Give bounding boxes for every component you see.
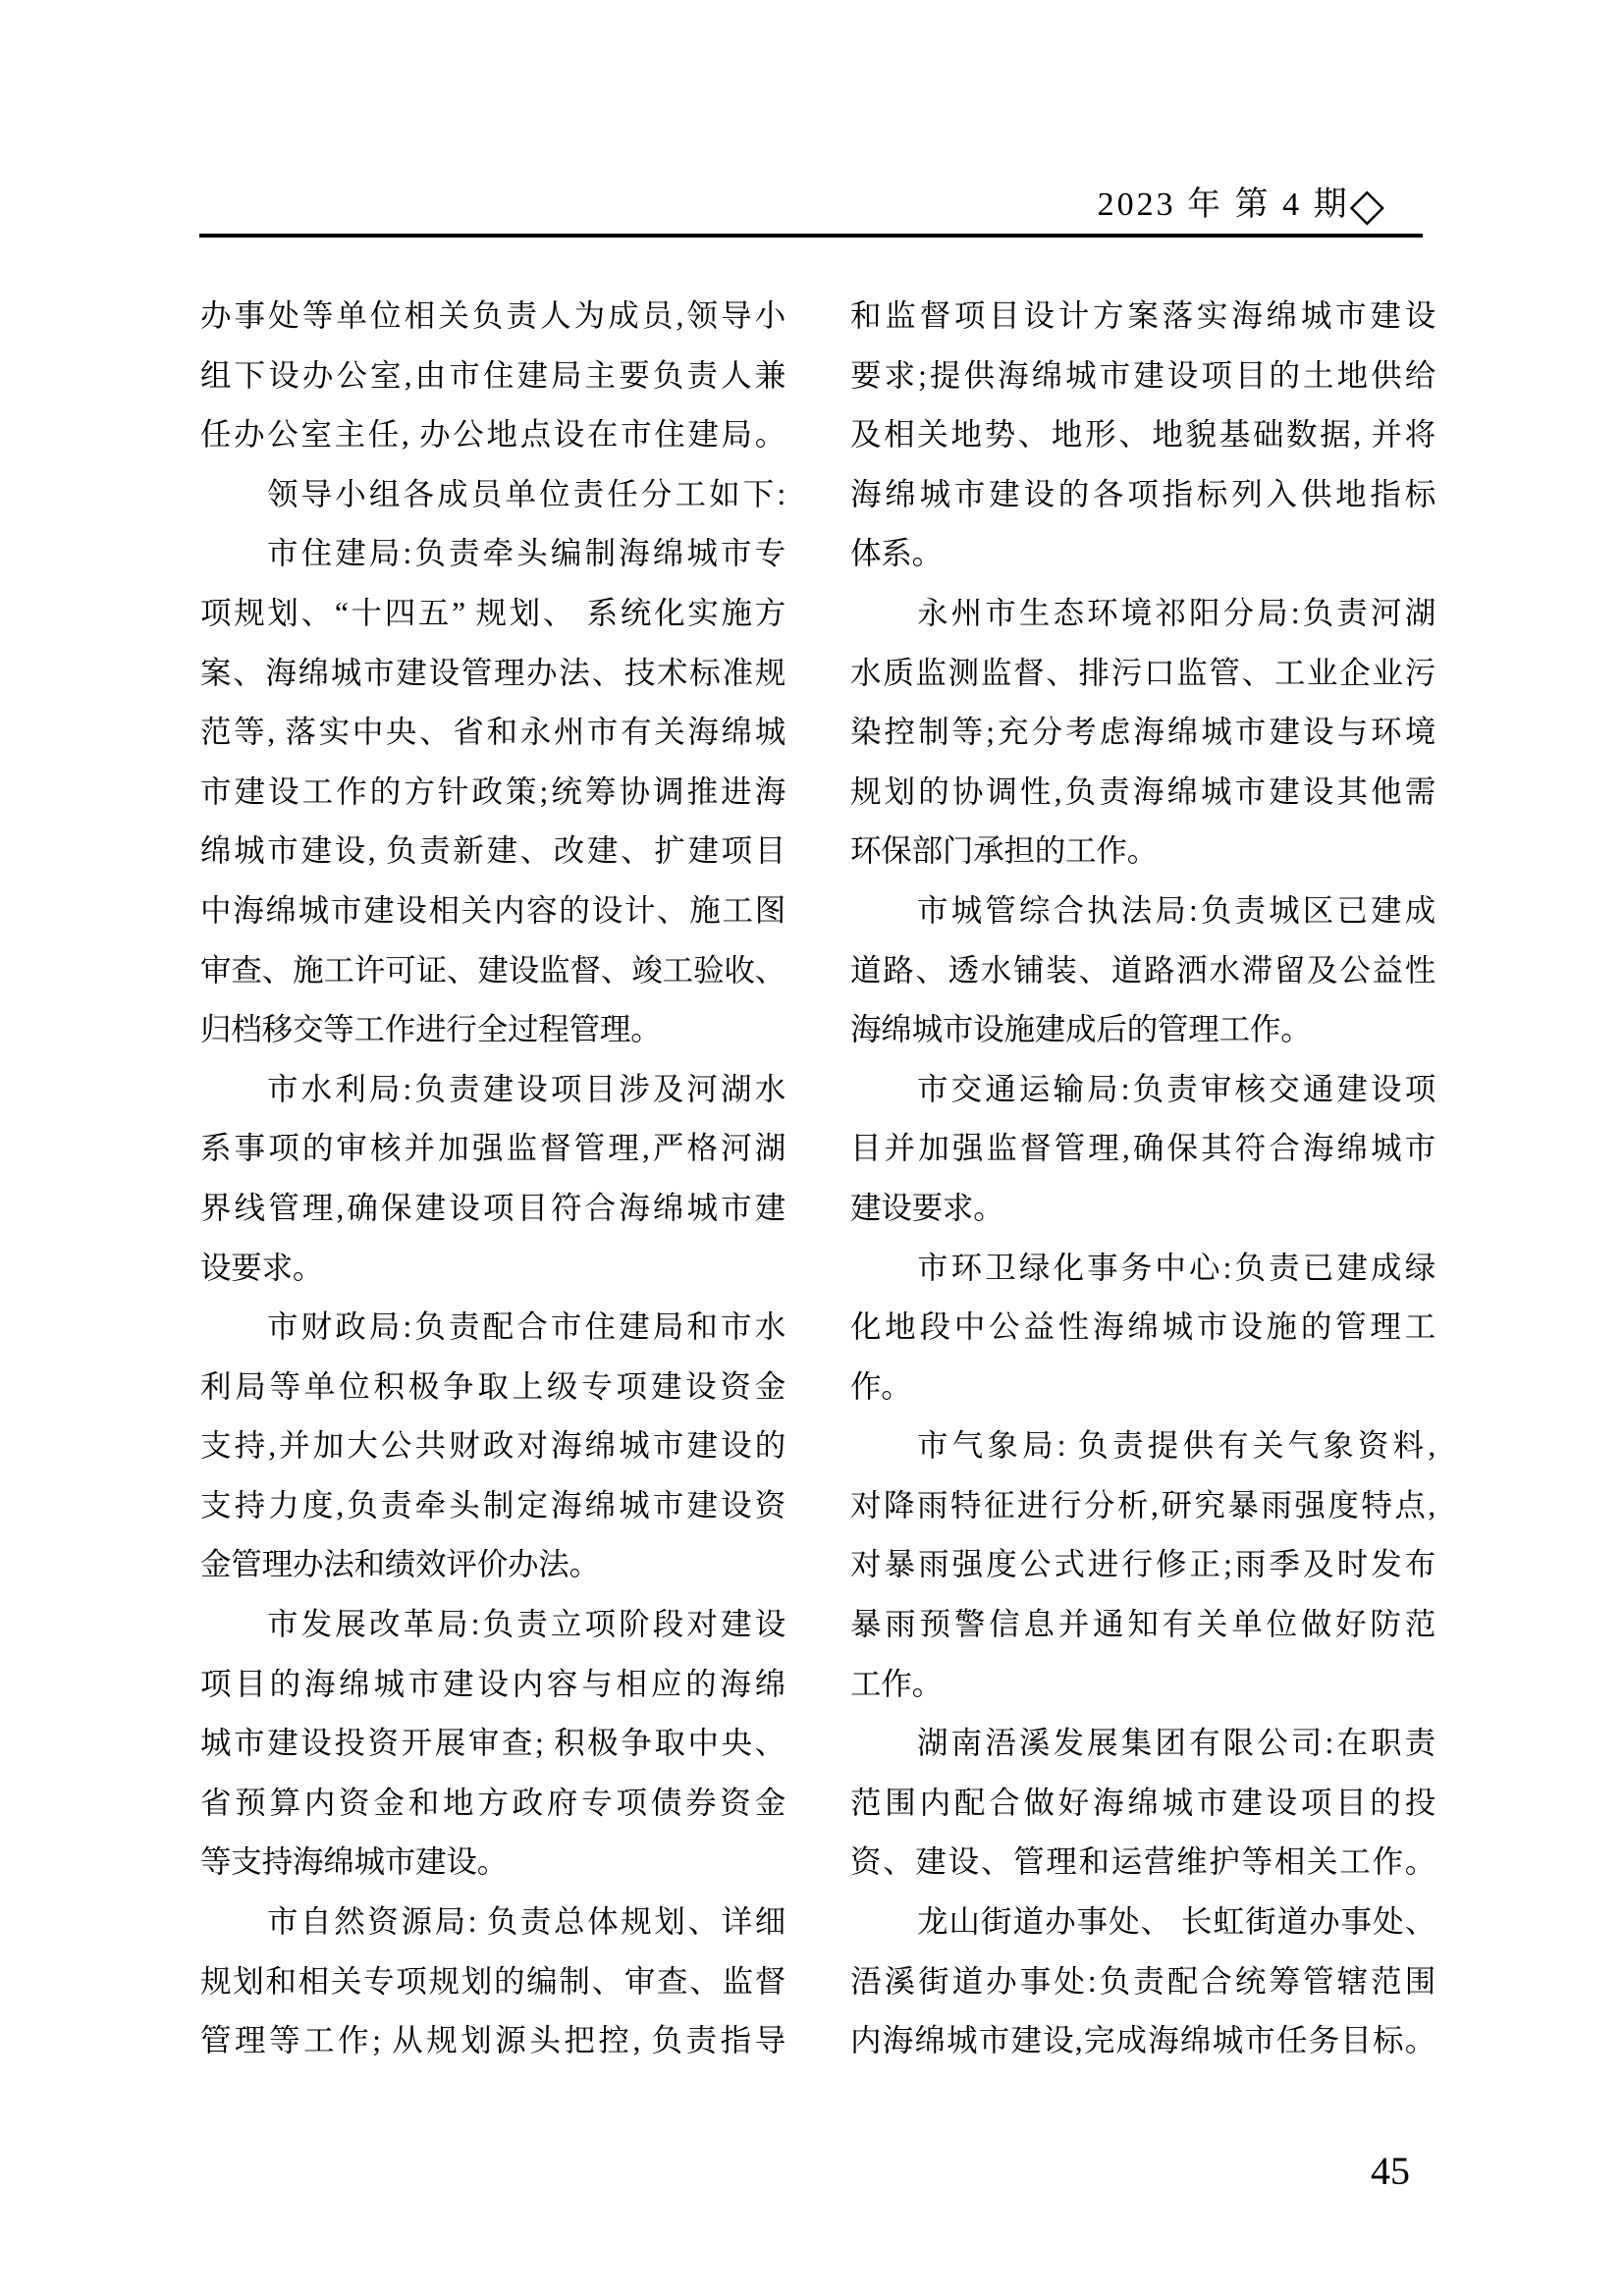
text-line: 规划的协调性,负责海绵城市建设其他需 (850, 763, 1435, 823)
text-line: 支持力度,负责牵头制定海绵城市建设资 (200, 1476, 785, 1536)
text-column-left: 办事处等单位相关负责人为成员,领导小组下设办公室,由市住建局主要负责人兼任办公室… (200, 287, 785, 2071)
text-line: 绵城市建设, 负责新建、改建、扩建项目 (200, 822, 785, 881)
issue-label: 2023 年 第 4 期 (1098, 187, 1350, 223)
text-line: 浯溪街道办事处:负责配合统筹管辖范围 (850, 1952, 1435, 2012)
text-line: 市发展改革局:负责立项阶段对建设 (200, 1595, 785, 1655)
text-line: 染控制等;充分考虑海绵城市建设与环境 (850, 703, 1435, 763)
text-line: 永州市生态环境祁阳分局:负责河湖 (850, 584, 1435, 644)
page-header: 2023 年 第 4 期◇ (0, 181, 1384, 230)
text-line: 湖南浯溪发展集团有限公司:在职责 (850, 1714, 1435, 1774)
text-line: 对暴雨强度公式进行修正;雨季及时发布 (850, 1535, 1435, 1595)
text-line: 市气象局: 负责提供有关气象资料, (850, 1416, 1435, 1476)
diamond-icon: ◇ (1350, 180, 1384, 230)
text-line: 资、建设、管理和运营维护等相关工作。 (850, 1833, 1435, 1893)
text-line: 道路、透水铺装、道路洒水滞留及公益性 (850, 941, 1435, 1001)
text-line: 范等, 落实中央、省和永州市有关海绵城 (200, 703, 785, 763)
text-line: 环保部门承担的工作。 (850, 822, 1435, 881)
text-line: 范围内配合做好海绵城市建设项目的投 (850, 1774, 1435, 1834)
text-line: 和监督项目设计方案落实海绵城市建设 (850, 287, 1435, 347)
text-line: 海绵城市建设的各项指标列入供地指标 (850, 465, 1435, 525)
text-line: 组下设办公室,由市住建局主要负责人兼 (200, 347, 785, 406)
text-line: 水质监测监督、排污口监管、工业企业污 (850, 644, 1435, 704)
text-line: 市住建局:负责牵头编制海绵城市专 (200, 524, 785, 584)
text-line: 海绵城市设施建成后的管理工作。 (850, 1000, 1435, 1060)
text-line: 建设要求。 (850, 1179, 1435, 1239)
text-line: 市建设工作的方针政策;统筹协调推进海 (200, 763, 785, 823)
text-line: 及相关地势、地形、地貌基础数据, 并将 (850, 405, 1435, 465)
text-line: 作。 (850, 1358, 1435, 1417)
text-line: 等支持海绵城市建设。 (200, 1833, 785, 1893)
text-line: 中海绵城市建设相关内容的设计、施工图 (200, 881, 785, 941)
text-line: 市自然资源局: 负责总体规划、详细 (200, 1893, 785, 1952)
text-line: 领导小组各成员单位责任分工如下: (200, 465, 785, 525)
text-line: 体系。 (850, 524, 1435, 584)
text-line: 任办公室主任, 办公地点设在市住建局。 (200, 405, 785, 465)
text-line: 对降雨特征进行分析,研究暴雨强度特点, (850, 1476, 1435, 1536)
text-line: 项规划、“十四五” 规划、 系统化实施方 (200, 584, 785, 644)
header-rule (199, 234, 1423, 238)
page-number: 45 (1359, 2148, 1422, 2195)
text-line: 项目的海绵城市建设内容与相应的海绵 (200, 1655, 785, 1715)
text-line: 案、海绵城市建设管理办法、技术标准规 (200, 644, 785, 704)
text-line: 化地段中公益性海绵城市设施的管理工 (850, 1298, 1435, 1358)
text-line: 管理等工作; 从规划源头把控, 负责指导 (200, 2011, 785, 2071)
text-line: 内海绵城市建设,完成海绵城市任务目标。 (850, 2011, 1435, 2071)
text-column-right: 和监督项目设计方案落实海绵城市建设要求;提供海绵城市建设项目的土地供给及相关地势… (850, 287, 1435, 2071)
text-line: 市环卫绿化事务中心:负责已建成绿 (850, 1239, 1435, 1299)
text-line: 市城管综合执法局:负责城区已建成 (850, 881, 1435, 941)
text-line: 利局等单位积极争取上级专项建设资金 (200, 1358, 785, 1417)
text-line: 市水利局:负责建设项目涉及河湖水 (200, 1060, 785, 1120)
text-line: 城市建设投资开展审查; 积极争取中央、 (200, 1714, 785, 1774)
text-line: 市财政局:负责配合市住建局和市水 (200, 1298, 785, 1358)
text-line: 设要求。 (200, 1239, 785, 1299)
document-page: 2023 年 第 4 期◇ 办事处等单位相关负责人为成员,领导小组下设办公室,由… (0, 0, 1624, 2296)
text-line: 办事处等单位相关负责人为成员,领导小 (200, 287, 785, 347)
text-line: 目并加强监督管理,确保其符合海绵城市 (850, 1119, 1435, 1179)
text-line: 要求;提供海绵城市建设项目的土地供给 (850, 347, 1435, 406)
text-line: 暴雨预警信息并通知有关单位做好防范 (850, 1595, 1435, 1655)
text-line: 界线管理,确保建设项目符合海绵城市建 (200, 1179, 785, 1239)
text-line: 系事项的审核并加强监督管理,严格河湖 (200, 1119, 785, 1179)
text-line: 支持,并加大公共财政对海绵城市建设的 (200, 1416, 785, 1476)
text-line: 规划和相关专项规划的编制、审查、监督 (200, 1952, 785, 2012)
text-line: 审查、施工许可证、建设监督、竣工验收、 (200, 941, 785, 1001)
text-line: 龙山街道办事处、 长虹街道办事处、 (850, 1893, 1435, 1952)
text-line: 金管理办法和绩效评价办法。 (200, 1535, 785, 1595)
text-line: 工作。 (850, 1655, 1435, 1715)
text-line: 市交通运输局:负责审核交通建设项 (850, 1060, 1435, 1120)
text-line: 省预算内资金和地方政府专项债券资金 (200, 1774, 785, 1834)
text-line: 归档移交等工作进行全过程管理。 (200, 1000, 785, 1060)
